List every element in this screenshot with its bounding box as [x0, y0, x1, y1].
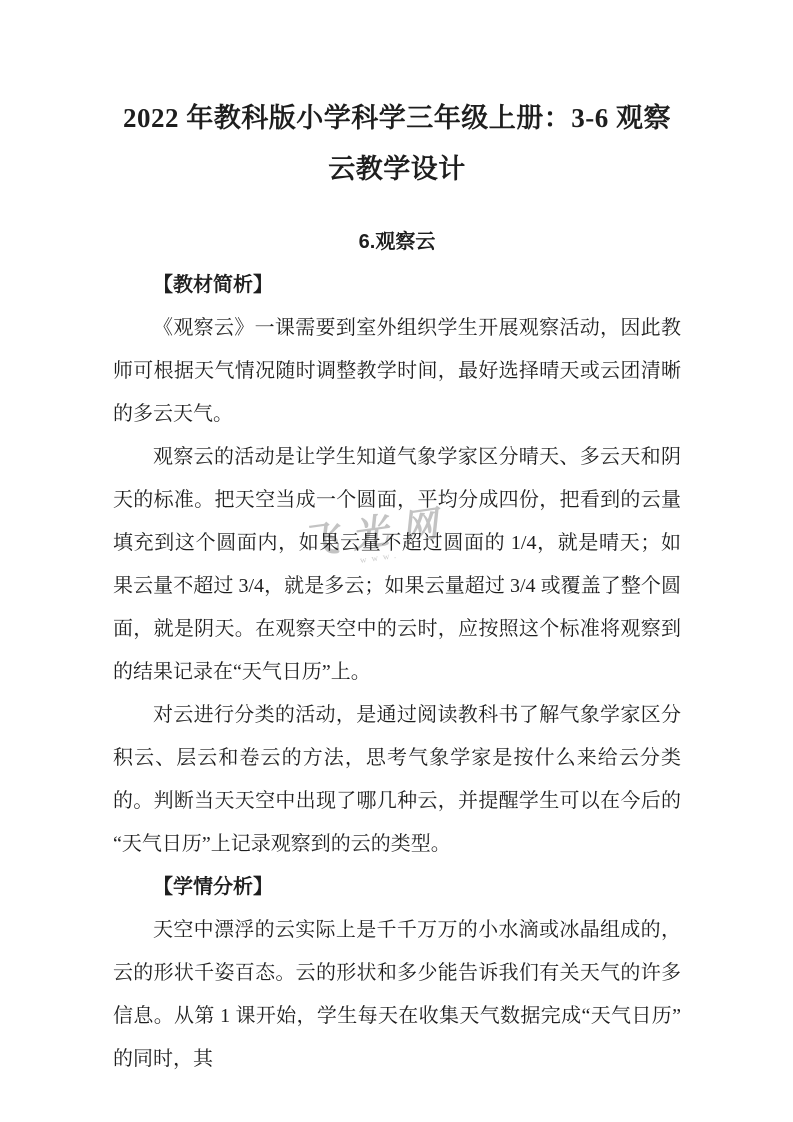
paragraph-material-3: 对云进行分类的活动，是通过阅读教科书了解气象学家区分积云、层云和卷云的方法，思考… — [113, 694, 681, 866]
lesson-title: 6.观察云 — [113, 221, 681, 264]
paragraph-material-2: 观察云的活动是让学生知道气象学家区分晴天、多云天和阴天的标准。把天空当成一个圆面… — [113, 436, 681, 694]
section-heading-material-analysis: 【教材简析】 — [113, 264, 681, 307]
section-heading-learner-analysis: 【学情分析】 — [113, 866, 681, 909]
document-title: 2022 年教科版小学科学三年级上册：3-6 观察云教学设计 — [113, 93, 681, 195]
paragraph-learner-1: 天空中漂浮的云实际上是千千万万的小水滴或冰晶组成的，云的形状千姿百态。云的形状和… — [113, 909, 681, 1081]
document-content: 2022 年教科版小学科学三年级上册：3-6 观察云教学设计 6.观察云 【教材… — [113, 93, 681, 1081]
paragraph-material-1: 《观察云》一课需要到室外组织学生开展观察活动，因此教师可根据天气情况随时调整教学… — [113, 307, 681, 436]
document-page: 飞光网 www. 2022 年教科版小学科学三年级上册：3-6 观察云教学设计 … — [0, 0, 793, 1122]
